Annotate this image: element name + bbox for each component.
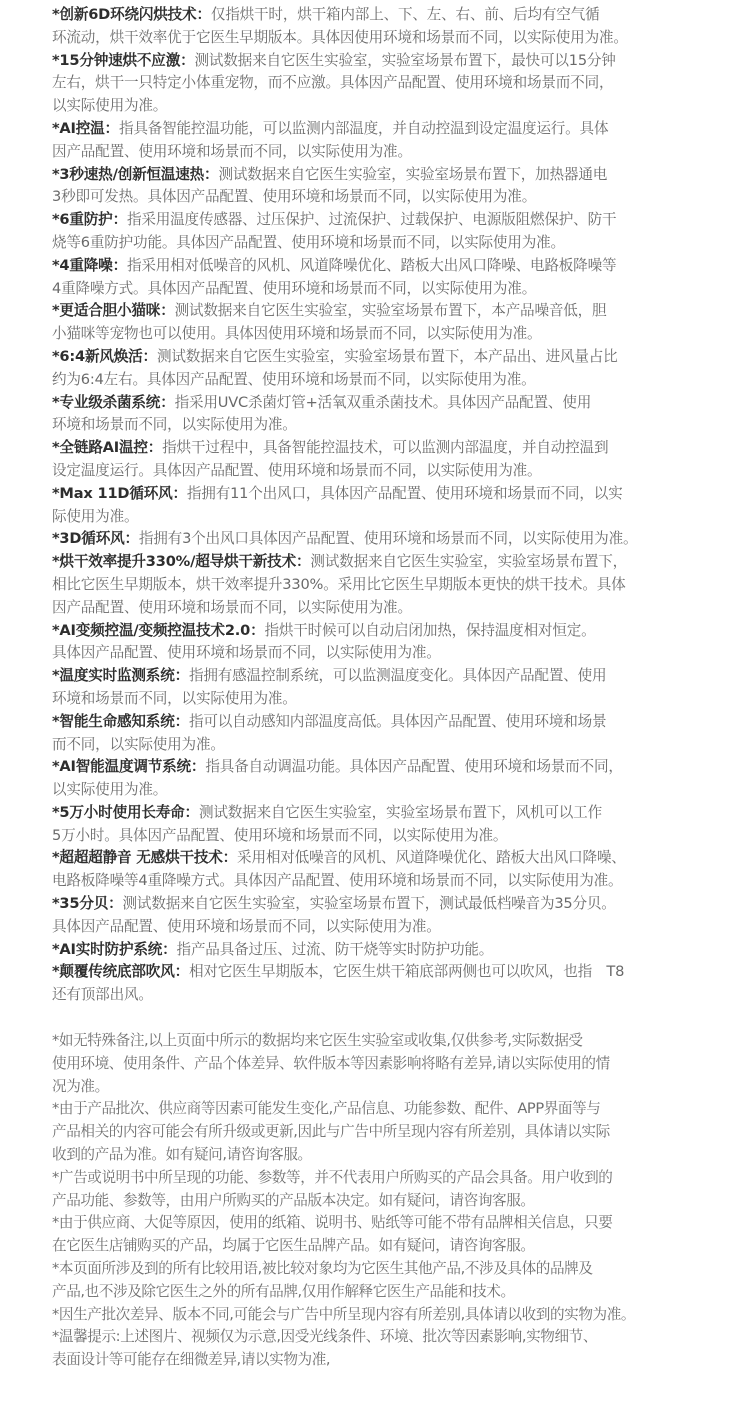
feature-title: *6重防护： [52, 211, 127, 228]
feature-text: 环境和场景而不同，以实际使用为准。 [52, 688, 712, 711]
feature-text: 因产品配置、使用环境和场景而不同，以实际使用为准。 [52, 597, 712, 620]
product-disclaimer-page: *创新6D环绕闪烘技术：仅指烘干时，烘干箱内部上、下、左、右、前、后均有空气循 … [52, 4, 712, 1372]
feature-text: 指拥有11个出风口，具体因产品配置、使用环境和场景而不同，以实 [187, 485, 623, 502]
feature-text: 具体因产品配置、使用环境和场景而不同，以实际使用为准。 [52, 642, 712, 665]
feature-note-6-4-fresh-air: *6:4新风焕活：测试数据来自它医生实验室，实验室场景布置下，本产品出、进风量占… [52, 346, 712, 392]
feature-note-ai-realtime-protection: *AI实时防护系统：指产品具备过压、过流、防干烧等实时防护功能。 [52, 939, 712, 962]
feature-title: *35分贝： [52, 895, 123, 912]
feature-note-timid-cats: *更适合胆小猫咪：测试数据来自它医生实验室，实验室场景布置下，本产品噪音低，胆 … [52, 300, 712, 346]
feature-text: 测试数据来自它医生实验室，实验室场景布置下，最快可以15分钟 [195, 52, 616, 69]
disclaimer-text: *温馨提示:上述图片、视频仅为示意,因受光线条件、环境、批次等因素影响,实物细节… [52, 1326, 712, 1349]
feature-text: 环流动，烘干效率优于它医生早期版本。具体因使用环境和场景而不同，以实际使用为准。 [52, 27, 712, 50]
disclaimer-text: *由于供应商、大促等原因，使用的纸箱、说明书、贴纸等可能不带有品牌相关信息，只要 [52, 1212, 712, 1235]
disclaimer-product-changes: *由于产品批次、供应商等因素可能发生变化,产品信息、功能参数、配件、APP界面等… [52, 1098, 712, 1166]
feature-note-max-11d-airflow: *Max 11D循环风：指拥有11个出风口，具体因产品配置、使用环境和场景而不同… [52, 483, 712, 529]
disclaimer-data-source: *如无特殊备注,以上页面中所示的数据均来它医生实验室或收集,仅供参考,实际数据受… [52, 1030, 712, 1098]
feature-title: *3D循环风： [52, 530, 139, 547]
feature-note-3d-airflow: *3D循环风：指拥有3个出风口具体因产品配置、使用环境和场景而不同，以实际使用为… [52, 528, 712, 551]
feature-text: 指采用温度传感器、过压保护、过流保护、过载保护、电源版阻燃保护、防干 [127, 211, 616, 228]
disclaimer-text: *广告或说明书中所呈现的功能、参数等，并不代表用户所购买的产品会具备。用户收到的 [52, 1167, 712, 1190]
feature-title: *6:4新风焕活： [52, 348, 157, 365]
disclaimer-image-notice: *温馨提示:上述图片、视频仅为示意,因受光线条件、环境、批次等因素影响,实物细节… [52, 1326, 712, 1372]
feature-note-35-decibel: *35分贝：测试数据来自它医生实验室，实验室场景布置下，测试最低档噪音为35分贝… [52, 893, 712, 939]
feature-text: 左右，烘干一只特定小体重宠物，而不应激。具体因产品配置、使用环境和场景而不同， [52, 72, 712, 95]
feature-text: 以实际使用为准。 [52, 779, 712, 802]
feature-note-ultra-quiet: *超超超静音 无感烘干技术：采用相对低噪音的风机、风道降噪优化、踏板大出风口降噪… [52, 847, 712, 893]
feature-text: 而不同，以实际使用为准。 [52, 734, 712, 757]
disclaimer-packaging: *由于供应商、大促等原因，使用的纸箱、说明书、贴纸等可能不带有品牌相关信息，只要… [52, 1212, 712, 1258]
feature-title: *更适合胆小猫咪： [52, 302, 175, 319]
feature-note-15min-fast-drying: *15分钟速烘不应激：测试数据来自它医生实验室，实验室场景布置下，最快可以15分… [52, 50, 712, 118]
feature-text: 指具备自动调温功能。具体因产品配置、使用环境和场景而不同， [205, 758, 622, 775]
feature-text: 5万小时。具体因产品配置、使用环境和场景而不同，以实际使用为准。 [52, 825, 712, 848]
feature-note-realtime-temp-monitor: *温度实时监测系统：指拥有感温控制系统，可以监测温度变化。具体因产品配置、使用 … [52, 665, 712, 711]
feature-text: 测试数据来自它医生实验室，实验室场景布置下， [310, 553, 627, 570]
feature-text: 际使用为准。 [52, 506, 712, 529]
feature-title: *4重降噪： [52, 257, 127, 274]
feature-text: 环境和场景而不同，以实际使用为准。 [52, 414, 712, 437]
feature-note-6d-surround-drying: *创新6D环绕闪烘技术：仅指烘干时，烘干箱内部上、下、左、右、前、后均有空气循 … [52, 4, 712, 50]
feature-text: 小猫咪等宠物也可以使用。具体因使用环境和场景而不同，以实际使用为准。 [52, 323, 712, 346]
feature-text: 3秒即可发热。具体因产品配置、使用环境和场景而不同，以实际使用为准。 [52, 186, 712, 209]
disclaimer-batch-differences: *因生产批次差异、版本不同,可能会与广告中所呈现内容有所差别,具体请以收到的实物… [52, 1304, 712, 1327]
feature-note-life-sensing: *智能生命感知系统：指可以自动感知内部温度高低。具体因产品配置、使用环境和场景 … [52, 711, 712, 757]
disclaimer-text: 产品相关的内容可能会有所升级或更新,因此与广告中所呈现内容有所差别，具体请以实际 [52, 1121, 712, 1144]
feature-note-3s-fast-heat: *3秒速热/创新恒温速热：测试数据来自它医生实验室，实验室场景布置下，加热器通电… [52, 164, 712, 210]
disclaimer-text: 收到的产品为准。如有疑问,请咨询客服。 [52, 1144, 712, 1167]
feature-text: 测试数据来自它医生实验室，实验室场景布置下，本产品出、进风量占比 [157, 348, 618, 365]
feature-text: 仅指烘干时，烘干箱内部上、下、左、右、前、后均有空气循 [211, 6, 600, 23]
disclaimer-text: 在它医生店铺购买的产品，均属于它医生品牌产品。如有疑问，请咨询客服。 [52, 1235, 712, 1258]
feature-title: *创新6D环绕闪烘技术： [52, 6, 211, 23]
feature-title: *智能生命感知系统： [52, 713, 189, 730]
feature-title: *温度实时监测系统： [52, 667, 189, 684]
feature-text: 还有顶部出风。 [52, 984, 712, 1007]
feature-title: *烘干效率提升330%/超导烘干新技术： [52, 553, 310, 570]
feature-text: 指烘干过程中，具备智能控温技术，可以监测内部温度，并自动控温到 [162, 439, 608, 456]
feature-text: 测试数据来自它医生实验室，实验室场景布置下，加热器通电 [218, 166, 607, 183]
feature-text: 指拥有感温控制系统，可以监测温度变化。具体因产品配置、使用 [189, 667, 606, 684]
feature-text: 测试数据来自它医生实验室，实验室场景布置下，测试最低档噪音为35分贝。 [123, 895, 616, 912]
feature-text: 采用相对低噪音的风机、风道降噪优化、踏板大出风口降噪、 [237, 849, 626, 866]
feature-text: 电路板降噪等4重降噪方式。具体因产品配置、使用环境和场景而不同，以实际使用为准。 [52, 870, 712, 893]
feature-text: 设定温度运行。具体因产品配置、使用环境和场景而不同，以实际使用为准。 [52, 460, 712, 483]
feature-title: *15分钟速烘不应激： [52, 52, 195, 69]
feature-text: 测试数据来自它医生实验室，实验室场景布置下，风机可以工作 [199, 804, 602, 821]
disclaimer-ad-features: *广告或说明书中所呈现的功能、参数等，并不代表用户所购买的产品会具备。用户收到的… [52, 1167, 712, 1213]
feature-title: *颠覆传统底部吹风： [52, 963, 189, 980]
feature-text: 指烘干时候可以自动启闭加热，保持温度相对恒定。 [264, 622, 595, 639]
feature-note-330-efficiency: *烘干效率提升330%/超导烘干新技术：测试数据来自它医生实验室，实验室场景布置… [52, 551, 712, 619]
feature-text: 烧等6重防护功能。具体因产品配置、使用环境和场景而不同，以实际使用为准。 [52, 232, 712, 255]
disclaimer-text: *本页面所涉及到的所有比较用语,被比较对象均为它医生其他产品,不涉及具体的品牌及 [52, 1258, 712, 1281]
feature-title: *AI控温： [52, 120, 119, 137]
feature-note-ai-temp-control: *AI控温：指具备智能控温功能，可以监测内部温度，并自动控温到设定温度运行。具体… [52, 118, 712, 164]
disclaimer-text: 产品,也不涉及除它医生之外的所有品牌,仅用作解释它医生产品能和技术。 [52, 1281, 712, 1304]
feature-text: 指可以自动感知内部温度高低。具体因产品配置、使用环境和场景 [189, 713, 606, 730]
disclaimer-comparison-terms: *本页面所涉及到的所有比较用语,被比较对象均为它医生其他产品,不涉及具体的品牌及… [52, 1258, 712, 1304]
disclaimer-text: 表面设计等可能存在细微差异,请以实物为准, [52, 1349, 712, 1372]
feature-title: *AI实时防护系统： [52, 941, 177, 958]
general-disclaimers: *如无特殊备注,以上页面中所示的数据均来它医生实验室或收集,仅供参考,实际数据受… [52, 1030, 712, 1372]
feature-text: 指采用UVC杀菌灯管+活氧双重杀菌技术。具体因产品配置、使用 [175, 394, 592, 411]
feature-note-inverter-temp-control: *AI变频控温/变频控温技术2.0：指烘干时候可以自动启闭加热，保持温度相对恒定… [52, 620, 712, 666]
feature-text: 测试数据来自它医生实验室，实验室场景布置下，本产品噪音低，胆 [175, 302, 607, 319]
feature-text: 指具备智能控温功能，可以监测内部温度，并自动控温到设定温度运行。具体 [119, 120, 608, 137]
feature-text: 指采用相对低噪音的风机、风道降噪优化、踏板大出风口降噪、电路板降噪等 [127, 257, 616, 274]
feature-title: *专业级杀菌系统： [52, 394, 175, 411]
feature-note-full-link-ai-temp: *全链路AI温控：指烘干过程中，具备智能控温技术，可以监测内部温度，并自动控温到… [52, 437, 712, 483]
disclaimer-text: 况为准。 [52, 1076, 712, 1099]
feature-title: *AI变频控温/变频控温技术2.0： [52, 622, 264, 639]
feature-text: 约为6:4左右。具体因产品配置、使用环境和场景而不同，以实际使用为准。 [52, 369, 712, 392]
feature-text: 4重降噪方式。具体因产品配置、使用环境和场景而不同，以实际使用为准。 [52, 278, 712, 301]
feature-title: *全链路AI温控： [52, 439, 162, 456]
disclaimer-text: *如无特殊备注,以上页面中所示的数据均来它医生实验室或收集,仅供参考,实际数据受 [52, 1030, 712, 1053]
feature-title: *5万小时使用长寿命： [52, 804, 199, 821]
feature-note-4-layer-noise-reduction: *4重降噪：指采用相对低噪音的风机、风道降噪优化、踏板大出风口降噪、电路板降噪等… [52, 255, 712, 301]
feature-text: 相对它医生早期版本，它医生烘干箱底部两侧也可以吹风，也指 T8 [189, 963, 624, 980]
feature-note-ai-temp-regulation: *AI智能温度调节系统：指具备自动调温功能。具体因产品配置、使用环境和场景而不同… [52, 756, 712, 802]
feature-note-6-layer-protection: *6重防护：指采用温度传感器、过压保护、过流保护、过载保护、电源版阻燃保护、防干… [52, 209, 712, 255]
feature-text: 以实际使用为准。 [52, 95, 712, 118]
feature-title: *超超超静音 无感烘干技术： [52, 849, 237, 866]
disclaimer-text: 使用环境、使用条件、产品个体差异、软件版本等因素影响将略有差异,请以实际使用的情 [52, 1053, 712, 1076]
disclaimer-text: *因生产批次差异、版本不同,可能会与广告中所呈现内容有所差别,具体请以收到的实物… [52, 1304, 712, 1327]
feature-note-sterilization: *专业级杀菌系统：指采用UVC杀菌灯管+活氧双重杀菌技术。具体因产品配置、使用 … [52, 392, 712, 438]
feature-note-bottom-airflow: *颠覆传统底部吹风：相对它医生早期版本，它医生烘干箱底部两侧也可以吹风，也指 T… [52, 961, 712, 1007]
disclaimer-text: *由于产品批次、供应商等因素可能发生变化,产品信息、功能参数、配件、APP界面等… [52, 1098, 712, 1121]
feature-text: 相比它医生早期版本，烘干效率提升330%。采用比它医生早期版本更快的烘干技术。具… [52, 574, 712, 597]
feature-title: *Max 11D循环风： [52, 485, 187, 502]
feature-text: 具体因产品配置、使用环境和场景而不同，以实际使用为准。 [52, 916, 712, 939]
feature-text: 指产品具备过压、过流、防干烧等实时防护功能。 [177, 941, 494, 958]
feature-text: 指拥有3个出风口具体因产品配置、使用环境和场景而不同，以实际使用为准。 [139, 530, 637, 547]
disclaimer-text: 产品功能、参数等，由用户所购买的产品版本决定。如有疑问，请咨询客服。 [52, 1190, 712, 1213]
feature-title: *AI智能温度调节系统： [52, 758, 205, 775]
feature-note-50k-hour-lifespan: *5万小时使用长寿命：测试数据来自它医生实验室，实验室场景布置下，风机可以工作 … [52, 802, 712, 848]
feature-text: 因产品配置、使用环境和场景而不同，以实际使用为准。 [52, 141, 712, 164]
feature-notes: *创新6D环绕闪烘技术：仅指烘干时，烘干箱内部上、下、左、右、前、后均有空气循 … [52, 4, 712, 1007]
feature-title: *3秒速热/创新恒温速热： [52, 166, 218, 183]
